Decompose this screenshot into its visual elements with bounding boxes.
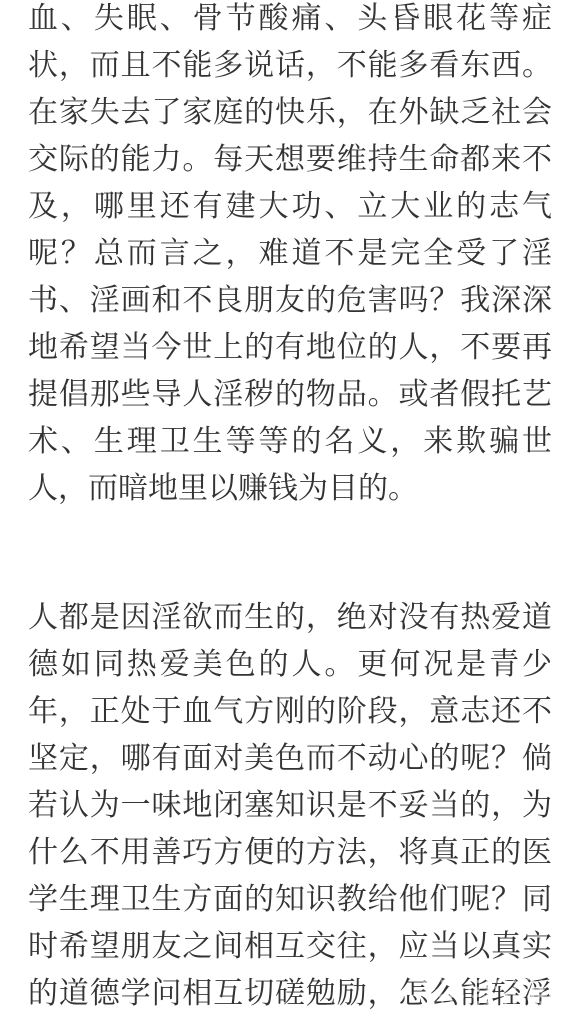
text-line: 什么不用善巧方便的方法，将真正的医: [28, 829, 552, 876]
text-line: 术、生理卫生等等的名义，来欺骗世: [28, 418, 552, 465]
paragraph-1: 血、失眠、骨节酸痛、头昏眼花等症 状，而且不能多说话，不能多看东西。 在家失去了…: [28, 0, 552, 512]
text-line: 时希望朋友之间相互交往，应当以真实: [28, 923, 552, 970]
text-line: 年，正处于血气方刚的阶段，意志还不: [28, 688, 552, 735]
text-line: 的道德学问相互切磋勉励，怎么能轻浮: [28, 970, 552, 1017]
text-line: 血、失眠、骨节酸痛、头昏眼花等症: [28, 0, 552, 42]
text-line: 地希望当今世上的有地位的人，不要再: [28, 324, 552, 371]
text-line: 交际的能力。每天想要维持生命都来不: [28, 136, 552, 183]
text-line: 书、淫画和不良朋友的危害吗？我深深: [28, 277, 552, 324]
text-line: 在家失去了家庭的快乐，在外缺乏社会: [28, 89, 552, 136]
text-line: 提倡那些导人淫秽的物品。或者假托艺: [28, 371, 552, 418]
text-line: 坚定，哪有面对美色而不动心的呢？倘: [28, 735, 552, 782]
text-line: 德如同热爱美色的人。更何况是青少: [28, 641, 552, 688]
text-line: 人都是因淫欲而生的，绝对没有热爱道: [28, 594, 552, 641]
document-page: 血、失眠、骨节酸痛、头昏眼花等症 状，而且不能多说话，不能多看东西。 在家失去了…: [0, 0, 580, 1017]
paragraph-2: 人都是因淫欲而生的，绝对没有热爱道 德如同热爱美色的人。更何况是青少 年，正处于…: [28, 594, 552, 1017]
text-line: 状，而且不能多说话，不能多看东西。: [28, 42, 552, 89]
text-line: 若认为一味地闭塞知识是不妥当的，为: [28, 782, 552, 829]
text-line: 及，哪里还有建大功、立大业的志气: [28, 183, 552, 230]
text-line: 学生理卫生方面的知识教给他们呢？同: [28, 876, 552, 923]
text-line: 呢？总而言之，难道不是完全受了淫: [28, 230, 552, 277]
text-line: 人，而暗地里以赚钱为目的。: [28, 465, 552, 512]
